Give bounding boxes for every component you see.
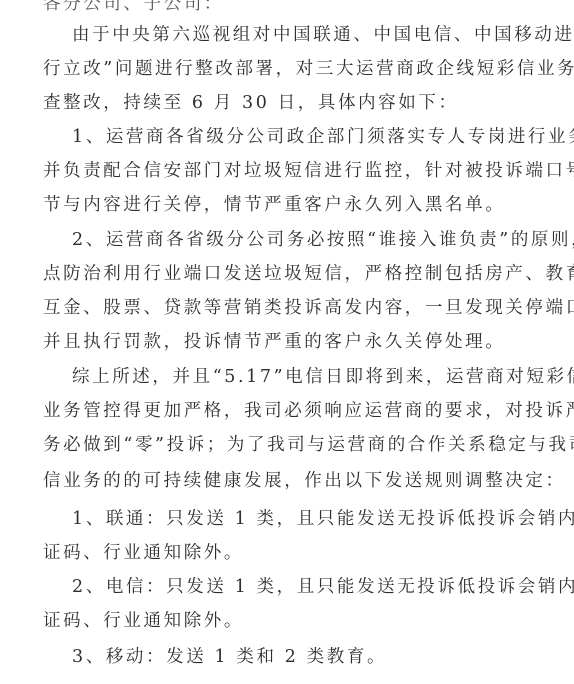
document-page: 各分公司、子公司： 由于中央第六巡视组对中国联通、中国电信、中国移动进行“立 行… [0, 0, 574, 684]
summary-paragraph-line-1: 综上所述，并且“5.17”电信日即将到来，运营商对短彩信这块 [72, 365, 506, 389]
rule-unicom-line-2: 证码、行业通知除外。 [43, 541, 505, 565]
intro-paragraph-line-2: 行立改”问题进行整改部署，对三大运营商政企线短彩信业务重点检 [43, 57, 505, 81]
rule-telecom-line-2: 证码、行业通知除外。 [43, 609, 505, 633]
rule-unicom-line-1: 1、联通：只发送 1 类，且只能发送无投诉低投诉会销内容，验 [72, 507, 506, 531]
rule-mobile-line-1: 3、移动：发送 1 类和 2 类教育。 [72, 645, 506, 669]
item-2-line-4: 并且执行罚款，投诉情节严重的客户永久关停处理。 [43, 330, 505, 354]
intro-paragraph-line-1: 由于中央第六巡视组对中国联通、中国电信、中国移动进行“立 [72, 23, 506, 47]
summary-paragraph-line-4: 信业务的的可持续健康发展，作出以下发送规则调整决定： [43, 469, 505, 493]
item-2-line-2: 点防治利用行业端口发送垃圾短信，严格控制包括房产、教育、游戏、 [43, 262, 505, 286]
recipient-line: 各分公司、子公司： [43, 0, 505, 16]
item-1-line-3: 节与内容进行关停，情节严重客户永久列入黑名单。 [43, 193, 505, 217]
item-2-line-3: 互金、股票、贷款等营销类投诉高发内容，一旦发现关停端口 6 个月 [43, 296, 505, 320]
summary-paragraph-line-2: 业务管控得更加严格，我司必须响应运营商的要求，对投诉严格控制， [43, 399, 505, 423]
item-1-line-2: 并负责配合信安部门对垃圾短信进行监控，针对被投诉端口号码视情 [43, 159, 505, 183]
summary-paragraph-line-3: 务必做到“零”投诉；为了我司与运营商的合作关系稳定与我司短彩 [43, 433, 505, 457]
item-2-line-1: 2、运营商各省级分公司务必按照“谁接入谁负责”的原则，重 [72, 228, 506, 252]
rule-telecom-line-1: 2、电信：只发送 1 类，且只能发送无投诉低投诉会销内容，验 [72, 575, 506, 599]
item-1-line-1: 1、运营商各省级分公司政企部门须落实专人专岗进行业务管理， [72, 125, 506, 149]
intro-paragraph-line-3: 查整改，持续至 6 月 30 日，具体内容如下： [43, 91, 505, 115]
